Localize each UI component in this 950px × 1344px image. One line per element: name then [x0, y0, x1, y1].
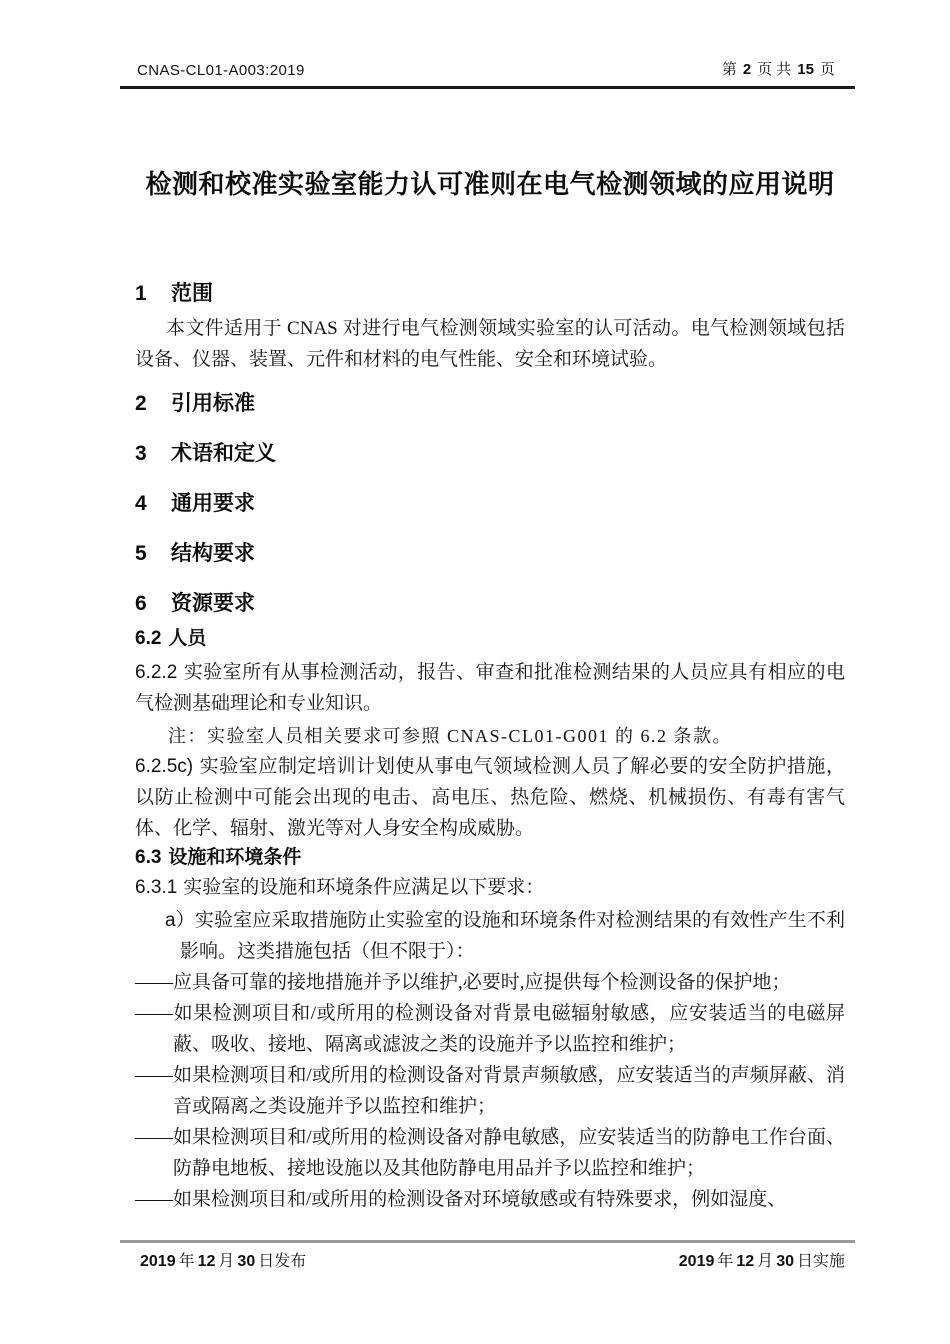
- section-5-heading: 5结构要求: [135, 541, 845, 567]
- implemented-day-label: 日实施: [797, 1253, 845, 1270]
- scope-paragraph: 本文件适用于 CNAS 对进行电气检测领域实验室的认可活动。电气检测领域包括设备…: [135, 313, 845, 375]
- document-body: 检测和校准实验室能力认可准则在电气检测领域的应用说明 1范围 本文件适用于 CN…: [135, 169, 845, 1215]
- page-info-prefix: 第: [722, 62, 737, 78]
- implemented-month: 12: [736, 1253, 754, 1270]
- implemented-day: 30: [776, 1253, 794, 1270]
- section-2-number: 2: [135, 391, 171, 417]
- implemented-month-label: 月: [757, 1253, 773, 1270]
- section-5-number: 5: [135, 541, 171, 567]
- section-6-label: 资源要求: [171, 592, 255, 615]
- list-item-a-text: 实验室应采取措施防止实验室的设施和环境条件对检测结果的有效性产生不利影响。这类措…: [180, 910, 845, 962]
- dash-item-emi-shielding: ——如果检测项目和/或所用的检测设备对背景电磁辐射敏感，应安装适当的电磁屏蔽、吸…: [135, 998, 845, 1060]
- section-5-label: 结构要求: [171, 542, 255, 565]
- paragraph-6-2-2-text: 实验室所有从事检测活动，报告、审查和批准检测结果的人员应具有相应的电气检测基础理…: [135, 662, 845, 714]
- issued-day-label: 日发布: [258, 1253, 306, 1270]
- paragraph-6-2-2-number: 6.2.2: [135, 662, 177, 683]
- section-4-label: 通用要求: [171, 492, 255, 515]
- section-2-heading: 2引用标准: [135, 391, 845, 417]
- dash-item-antistatic: ——如果检测项目和/或所用的检测设备对静电敏感，应安装适当的防静电工作台面、防静…: [135, 1122, 845, 1184]
- subsection-6-2-label: 人员: [168, 628, 206, 649]
- subsection-6-2-number: 6.2: [135, 628, 161, 649]
- paragraph-6-3-1-text: 实验室的设施和环境条件应满足以下要求：: [183, 877, 544, 898]
- section-3-heading: 3术语和定义: [135, 441, 845, 467]
- section-3-number: 3: [135, 441, 171, 467]
- subsection-6-2-heading: 6.2人员: [135, 627, 845, 651]
- page-info-middle-1: 页: [757, 62, 772, 78]
- page-total-number: 15: [797, 61, 814, 78]
- page-current-number: 2: [743, 61, 751, 78]
- section-6-heading: 6资源要求: [135, 591, 845, 617]
- document-title: 检测和校准实验室能力认可准则在电气检测领域的应用说明: [135, 169, 845, 199]
- section-1-number: 1: [135, 281, 171, 307]
- subsection-6-3-number: 6.3: [135, 847, 161, 868]
- footer-issued-date: 2019年12月30日发布: [137, 1248, 306, 1271]
- page-footer: 2019年12月30日发布 2019年12月30日实施: [120, 1240, 855, 1271]
- paragraph-6-2-5c: 6.2.5c)实验室应制定培训计划使从事电气领域检测人员了解必要的安全防护措施，…: [135, 751, 845, 844]
- page-info-suffix: 页: [820, 62, 835, 78]
- footer-implemented-date: 2019年12月30日实施: [676, 1248, 845, 1271]
- issued-month: 12: [198, 1253, 216, 1270]
- section-1-heading: 1范围: [135, 281, 845, 307]
- issued-year: 2019: [140, 1253, 176, 1270]
- list-item-a-marker: a）: [165, 910, 195, 931]
- subsection-6-3-heading: 6.3设施和环境条件: [135, 846, 845, 870]
- header-doc-number: CNAS-CL01-A003:2019: [137, 62, 305, 79]
- section-4-heading: 4通用要求: [135, 491, 845, 517]
- paragraph-6-2-2: 6.2.2实验室所有从事检测活动，报告、审查和批准检测结果的人员应具有相应的电气…: [135, 657, 845, 719]
- paragraph-6-2-5c-number: 6.2.5c): [135, 756, 193, 777]
- list-item-a: a）实验室应采取措施防止实验室的设施和环境条件对检测结果的有效性产生不利影响。这…: [135, 905, 845, 967]
- dash-item-audio-shielding: ——如果检测项目和/或所用的检测设备对背景声频敏感，应安装适当的声频屏蔽、消音或…: [135, 1060, 845, 1122]
- implemented-year-label: 年: [717, 1253, 733, 1270]
- issued-day: 30: [237, 1253, 255, 1270]
- page-header: CNAS-CL01-A003:2019 第2页共15页: [120, 0, 855, 89]
- dash-item-grounding: ——应具备可靠的接地措施并予以维护,必要时,应提供每个检测设备的保护地；: [135, 967, 845, 998]
- issued-year-label: 年: [179, 1253, 195, 1270]
- section-1-label: 范围: [171, 282, 213, 305]
- header-page-info: 第2页共15页: [720, 58, 837, 79]
- note-6-2-2: 注：实验室人员相关要求可参照 CNAS-CL01-G001 的 6.2 条款。: [135, 721, 845, 751]
- paragraph-6-2-5c-text: 实验室应制定培训计划使从事电气领域检测人员了解必要的安全防护措施，以防止检测中可…: [135, 756, 845, 839]
- section-6-number: 6: [135, 591, 171, 617]
- document-page: CNAS-CL01-A003:2019 第2页共15页 检测和校准实验室能力认可…: [0, 0, 950, 1344]
- section-2-label: 引用标准: [171, 392, 255, 415]
- page-info-middle-2: 共: [776, 62, 791, 78]
- issued-month-label: 月: [218, 1253, 234, 1270]
- dash-list: ——应具备可靠的接地措施并予以维护,必要时,应提供每个检测设备的保护地； ——如…: [135, 967, 845, 1215]
- section-3-label: 术语和定义: [171, 442, 276, 465]
- paragraph-6-3-1-number: 6.3.1: [135, 877, 177, 898]
- subsection-6-3-label: 设施和环境条件: [168, 847, 301, 868]
- dash-item-environment: ——如果检测项目和/或所用的检测设备对环境敏感或有特殊要求，例如湿度、: [135, 1184, 845, 1215]
- section-4-number: 4: [135, 491, 171, 517]
- implemented-year: 2019: [679, 1253, 715, 1270]
- paragraph-6-3-1: 6.3.1实验室的设施和环境条件应满足以下要求：: [135, 872, 845, 903]
